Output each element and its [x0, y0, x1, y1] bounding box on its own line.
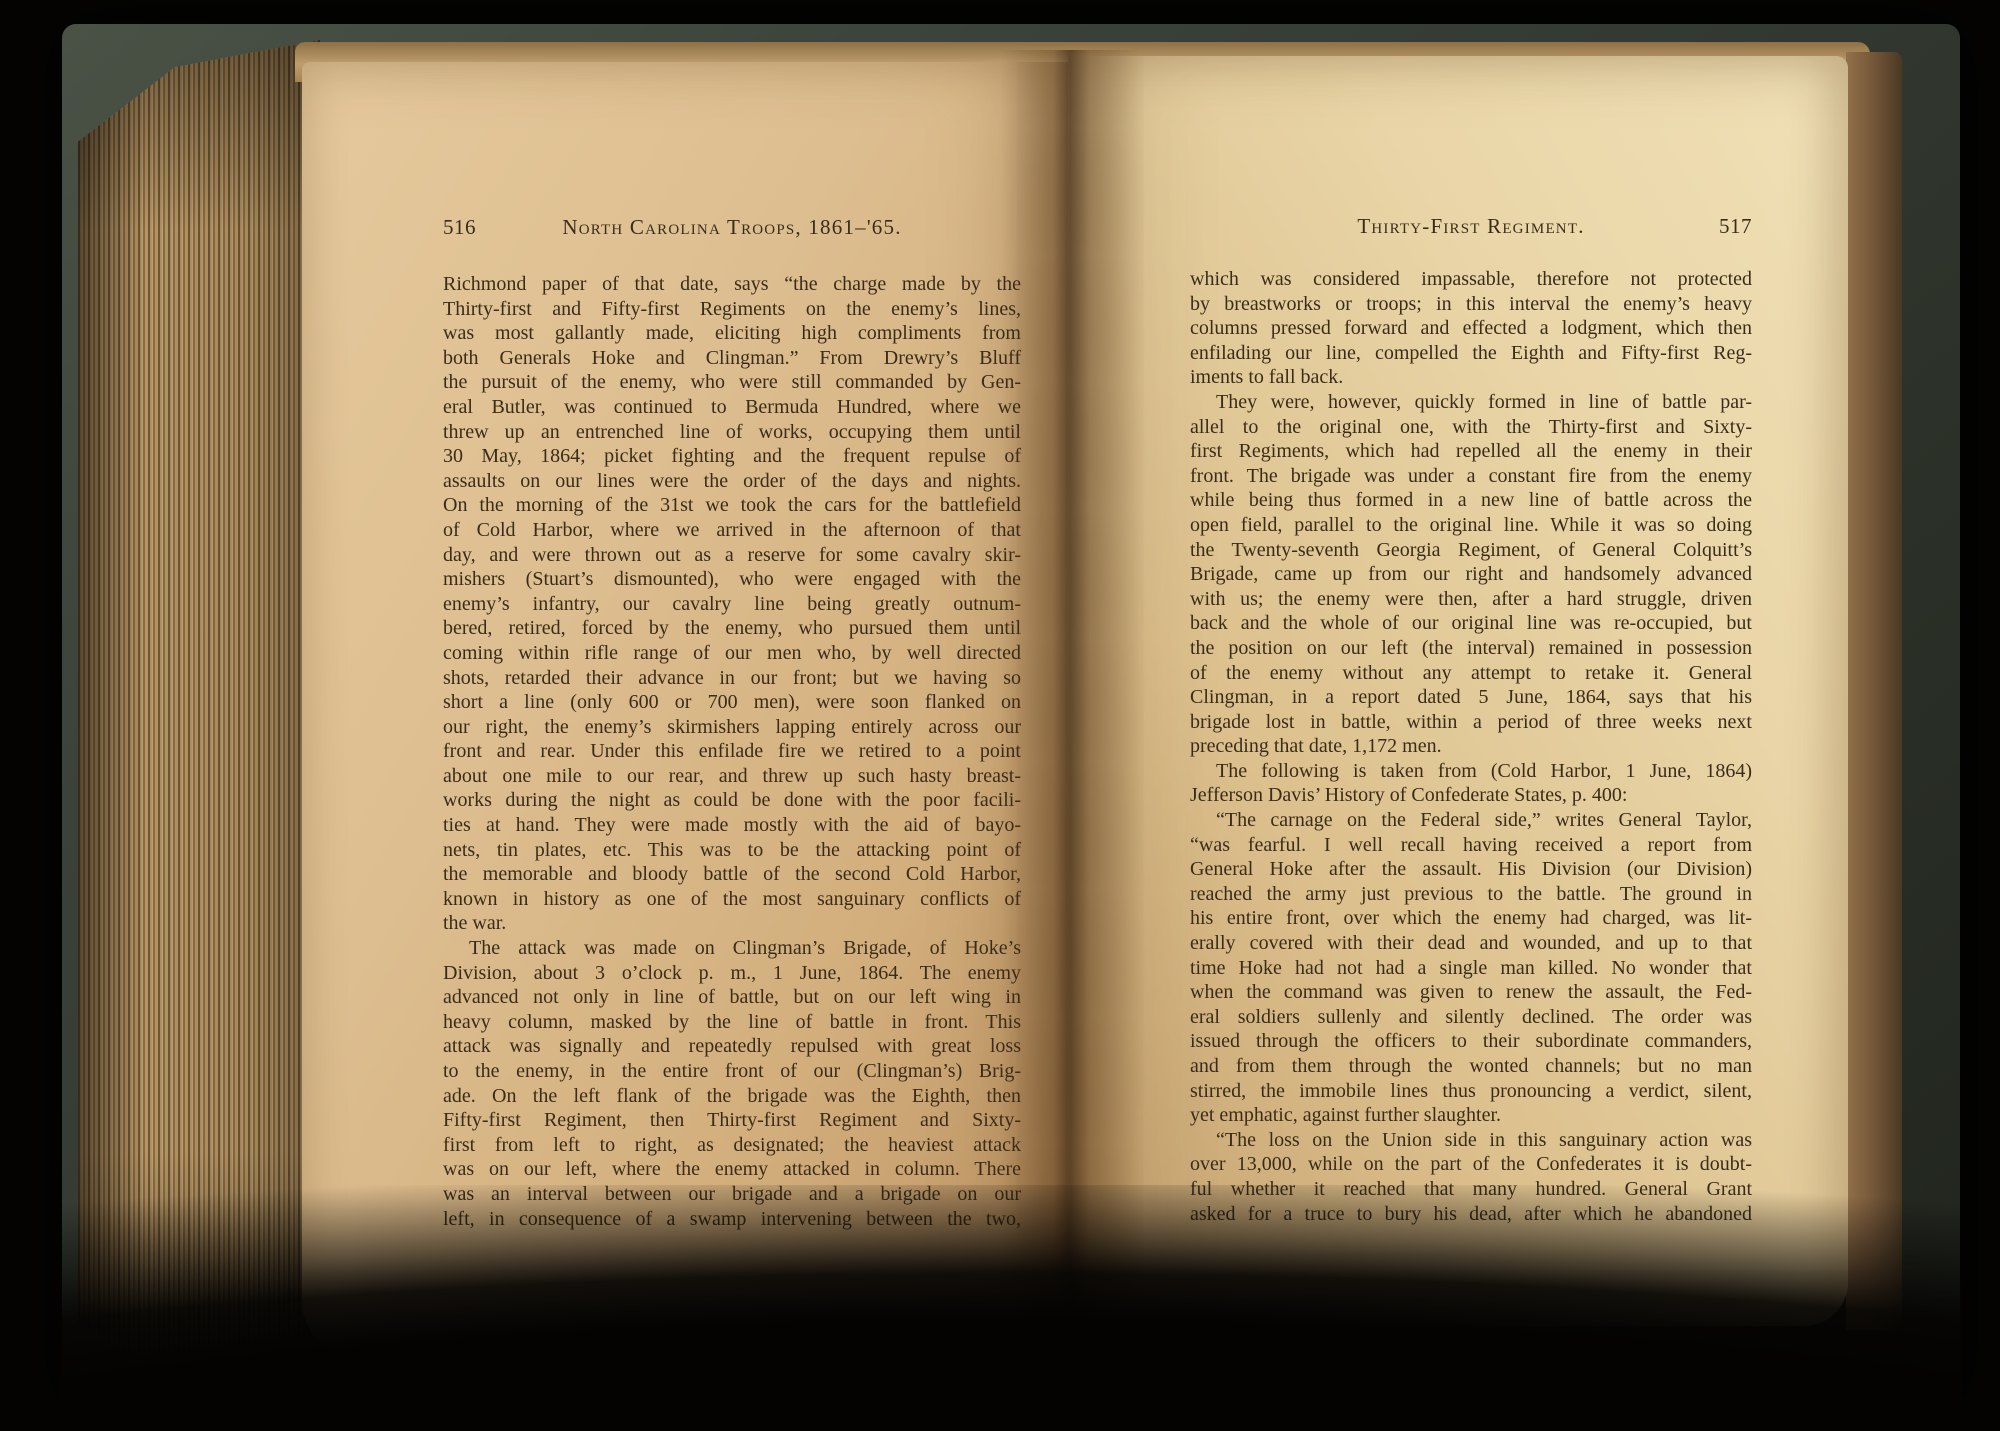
text-line: Jefferson Davis’ History of Confederate …: [1190, 783, 1752, 808]
text-line: with us; the enemy were then, after a ha…: [1190, 587, 1752, 612]
right-page-header: Thirty-First Regiment. 517: [1190, 214, 1752, 240]
text-line: Division, about 3 o’clock p. m., 1 June,…: [443, 961, 1021, 986]
text-line: the Twenty-seventh Georgia Regiment, of …: [1190, 538, 1752, 563]
text-line: Thirty-first and Fifty-first Regiments o…: [443, 297, 1021, 322]
text-line: open field, parallel to the original lin…: [1190, 513, 1752, 538]
text-line: was an interval between our brigade and …: [443, 1182, 1021, 1207]
text-line: They were, however, quickly formed in li…: [1190, 390, 1752, 415]
text-line: eral soldiers sullenly and silently decl…: [1190, 1005, 1752, 1030]
text-line: 30 May, 1864; picket fighting and the fr…: [443, 444, 1021, 469]
text-line: enemy’s infantry, our cavalry line being…: [443, 592, 1021, 617]
text-line: nets, tin plates, etc. This was to be th…: [443, 838, 1021, 863]
text-line: allel to the original one, with the Thir…: [1190, 415, 1752, 440]
left-page-number: 516: [443, 215, 476, 240]
text-line: stirred, the immobile lines thus pronoun…: [1190, 1079, 1752, 1104]
text-line: attack was signally and repeatedly repul…: [443, 1034, 1021, 1059]
text-line: advanced not only in line of battle, but…: [443, 985, 1021, 1010]
text-line: heavy column, masked by the line of batt…: [443, 1010, 1021, 1035]
left-page-body: Richmond paper of that date, says “the c…: [443, 272, 1021, 1231]
text-line: columns pressed forward and effected a l…: [1190, 316, 1752, 341]
text-line: threw up an entrenched line of works, oc…: [443, 420, 1021, 445]
text-line: the war.: [443, 911, 1021, 936]
text-line: bered, retired, forced by the enemy, who…: [443, 616, 1021, 641]
right-page-number: 517: [1719, 214, 1752, 239]
text-line: ade. On the left flank of the brigade wa…: [443, 1084, 1021, 1109]
text-line: front and rear. Under this enfilade fire…: [443, 739, 1021, 764]
text-line: shots, retarded their advance in our fro…: [443, 666, 1021, 691]
text-line: On the morning of the 31st we took the c…: [443, 493, 1021, 518]
text-line: of the enemy without any attempt to reta…: [1190, 661, 1752, 686]
text-line: when the command was given to renew the …: [1190, 980, 1752, 1005]
text-line: to the enemy, in the entire front of our…: [443, 1059, 1021, 1084]
text-line: “The loss on the Union side in this sang…: [1190, 1128, 1752, 1153]
text-line: iments to fall back.: [1190, 365, 1752, 390]
text-line: day, and were thrown out as a reserve fo…: [443, 543, 1021, 568]
text-line: which was considered impassable, therefo…: [1190, 267, 1752, 292]
text-line: about one mile to our rear, and threw up…: [443, 764, 1021, 789]
text-line: both Generals Hoke and Clingman.” From D…: [443, 346, 1021, 371]
text-line: issued through the officers to their sub…: [1190, 1029, 1752, 1054]
text-line: our right, the enemy’s skirmishers lappi…: [443, 715, 1021, 740]
text-line: the position on our left (the interval) …: [1190, 636, 1752, 661]
right-text-block: Thirty-First Regiment. 517 which was con…: [1190, 214, 1752, 240]
text-line: back and the whole of our original line …: [1190, 611, 1752, 636]
page-edges-left: [78, 40, 320, 1396]
text-line: was on our left, where the enemy attacke…: [443, 1157, 1021, 1182]
text-line: first Regiments, which had repelled all …: [1190, 439, 1752, 464]
text-line: works during the night as could be done …: [443, 788, 1021, 813]
right-page: Thirty-First Regiment. 517 which was con…: [1068, 56, 1848, 1326]
text-line: while being thus formed in a new line of…: [1190, 488, 1752, 513]
left-text-block: 516 North Carolina Troops, 1861–'65. Ric…: [443, 215, 1021, 241]
text-line: reached the army just previous to the ba…: [1190, 882, 1752, 907]
text-line: The following is taken from (Cold Harbor…: [1190, 759, 1752, 784]
text-line: eral Butler, was continued to Bermuda Hu…: [443, 395, 1021, 420]
text-line: mishers (Stuart’s dismounted), who were …: [443, 567, 1021, 592]
text-line: “was fearful. I well recall having recei…: [1190, 833, 1752, 858]
text-line: and from them through the wonted channel…: [1190, 1054, 1752, 1079]
text-line: was most gallantly made, eliciting high …: [443, 321, 1021, 346]
text-line: left, in consequence of a swamp interven…: [443, 1207, 1021, 1232]
left-page: 516 North Carolina Troops, 1861–'65. Ric…: [302, 62, 1068, 1354]
text-line: yet emphatic, against further slaughter.: [1190, 1103, 1752, 1128]
page-edges-right: [1846, 52, 1902, 1330]
text-line: ties at hand. They were made mostly with…: [443, 813, 1021, 838]
text-line: of Cold Harbor, where we arrived in the …: [443, 518, 1021, 543]
text-line: by breastworks or troops; in this interv…: [1190, 292, 1752, 317]
text-line: first from left to right, as designated;…: [443, 1133, 1021, 1158]
text-line: Fifty-first Regiment, then Thirty-first …: [443, 1108, 1021, 1133]
text-line: time Hoke had not had a single man kille…: [1190, 956, 1752, 981]
left-running-title: North Carolina Troops, 1861–'65.: [443, 215, 1021, 240]
text-line: coming within rifle range of our men who…: [443, 641, 1021, 666]
text-line: “The carnage on the Federal side,” write…: [1190, 808, 1752, 833]
text-line: asked for a truce to bury his dead, afte…: [1190, 1202, 1752, 1227]
text-line: The attack was made on Clingman’s Brigad…: [443, 936, 1021, 961]
text-line: preceding that date, 1,172 men.: [1190, 734, 1752, 759]
text-line: ful whether it reached that many hundred…: [1190, 1177, 1752, 1202]
text-line: brigade lost in battle, within a period …: [1190, 710, 1752, 735]
text-line: front. The brigade was under a constant …: [1190, 464, 1752, 489]
right-running-title: Thirty-First Regiment.: [1190, 214, 1752, 239]
text-line: Brigade, came up from our right and hand…: [1190, 562, 1752, 587]
text-line: short a line (only 600 or 700 men), were…: [443, 690, 1021, 715]
left-page-header: 516 North Carolina Troops, 1861–'65.: [443, 215, 1021, 241]
text-line: enfilading our line, compelled the Eight…: [1190, 341, 1752, 366]
text-line: Clingman, in a report dated 5 June, 1864…: [1190, 685, 1752, 710]
right-page-body: which was considered impassable, therefo…: [1190, 267, 1752, 1226]
text-line: assaults on our lines were the order of …: [443, 469, 1021, 494]
text-line: the memorable and bloody battle of the s…: [443, 862, 1021, 887]
text-line: General Hoke after the assault. His Divi…: [1190, 857, 1752, 882]
text-line: his entire front, over which the enemy h…: [1190, 906, 1752, 931]
photo-background: 516 North Carolina Troops, 1861–'65. Ric…: [0, 0, 2000, 1431]
text-line: known in history as one of the most sang…: [443, 887, 1021, 912]
text-line: Richmond paper of that date, says “the c…: [443, 272, 1021, 297]
text-line: erally covered with their dead and wound…: [1190, 931, 1752, 956]
text-line: over 13,000, while on the part of the Co…: [1190, 1152, 1752, 1177]
text-line: the pursuit of the enemy, who were still…: [443, 370, 1021, 395]
